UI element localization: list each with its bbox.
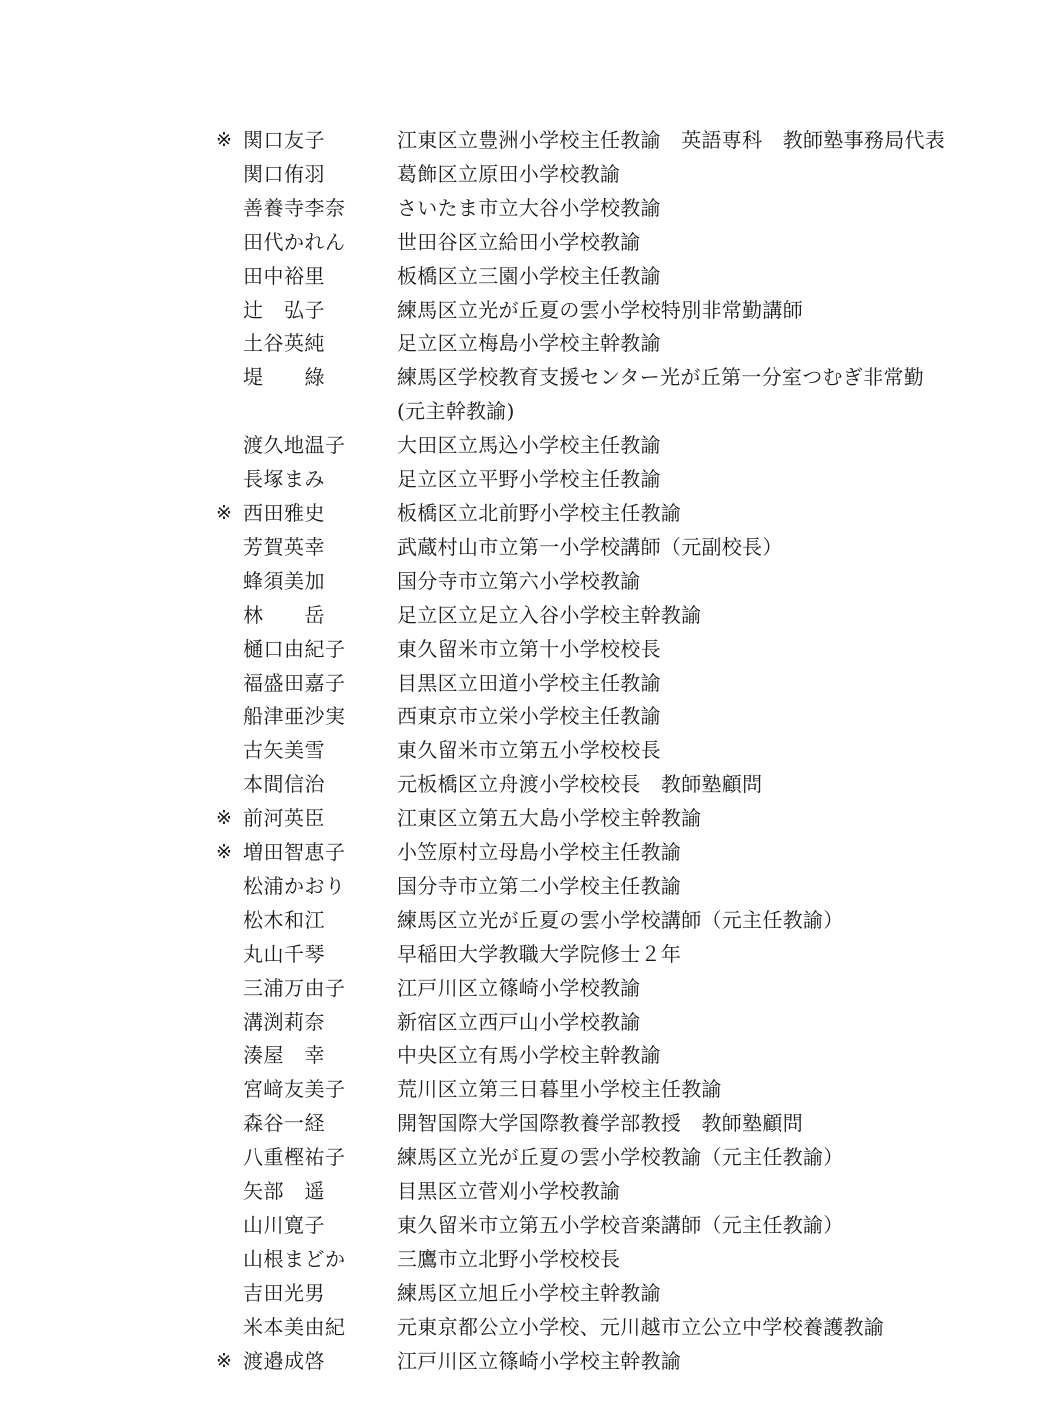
member-name: 関口侑羽 <box>243 158 397 192</box>
affiliation-line: 元板橋区立舟渡小学校校長 教師塾顧問 <box>397 768 1016 802</box>
member-affiliation: 目黒区立田道小学校主任教諭 <box>397 667 1016 701</box>
list-item: 船津亜沙実西東京市立栄小学校主任教諭 <box>216 700 1016 734</box>
member-affiliation: 板橋区立北前野小学校主任教諭 <box>397 497 1016 531</box>
member-affiliation: 国分寺市立第六小学校教諭 <box>397 565 1016 599</box>
member-name: 増田智恵子 <box>243 836 397 870</box>
member-name: 関口友子 <box>243 124 397 158</box>
member-name: 古矢美雪 <box>243 734 397 768</box>
list-item: 福盛田嘉子目黒区立田道小学校主任教諭 <box>216 667 1016 701</box>
member-affiliation: 目黒区立菅刈小学校教諭 <box>397 1175 1016 1209</box>
list-item: ※前河英臣江東区立第五大島小学校主幹教諭 <box>216 802 1016 836</box>
member-name: 米本美由紀 <box>243 1311 397 1345</box>
member-affiliation: 中央区立有馬小学校主幹教諭 <box>397 1039 1016 1073</box>
member-affiliation: 足立区立梅島小学校主幹教諭 <box>397 327 1016 361</box>
affiliation-line: 三鷹市立北野小学校校長 <box>397 1243 1016 1277</box>
affiliation-line: 新宿区立西戸山小学校教諭 <box>397 1006 1016 1040</box>
affiliation-line: 板橋区立三園小学校主任教諭 <box>397 260 1016 294</box>
list-item: 土谷英純足立区立梅島小学校主幹教諭 <box>216 327 1016 361</box>
member-affiliation: 足立区立足立入谷小学校主幹教諭 <box>397 599 1016 633</box>
affiliation-line: 世田谷区立給田小学校教諭 <box>397 226 1016 260</box>
member-name: 善養寺李奈 <box>243 192 397 226</box>
member-affiliation: 足立区立平野小学校主任教諭 <box>397 463 1016 497</box>
affiliation-line: 葛飾区立原田小学校教諭 <box>397 158 1016 192</box>
list-item: ※増田智恵子小笠原村立母島小学校主任教諭 <box>216 836 1016 870</box>
affiliation-line: 練馬区学校教育支援センター光が丘第一分室つむぎ非常勤 <box>397 361 1016 395</box>
member-name: 船津亜沙実 <box>243 700 397 734</box>
list-item: 米本美由紀元東京都公立小学校、元川越市立公立中学校養護教諭 <box>216 1311 1016 1345</box>
affiliation-line: 大田区立馬込小学校主任教諭 <box>397 429 1016 463</box>
member-affiliation: 板橋区立三園小学校主任教諭 <box>397 260 1016 294</box>
member-affiliation: 江東区立豊洲小学校主任教諭 英語専科 教師塾事務局代表 <box>397 124 1016 158</box>
member-affiliation: 江東区立第五大島小学校主幹教諭 <box>397 802 1016 836</box>
member-affiliation: 東久留米市立第十小学校校長 <box>397 633 1016 667</box>
member-affiliation: 小笠原村立母島小学校主任教諭 <box>397 836 1016 870</box>
list-item: 蜂須美加国分寺市立第六小学校教諭 <box>216 565 1016 599</box>
list-item: 善養寺李奈さいたま市立大谷小学校教諭 <box>216 192 1016 226</box>
affiliation-line: 東久留米市立第五小学校音楽講師（元主任教諭） <box>397 1209 1016 1243</box>
member-name: 辻 弘子 <box>243 294 397 328</box>
member-affiliation: 世田谷区立給田小学校教諭 <box>397 226 1016 260</box>
member-name: 芳賀英幸 <box>243 531 397 565</box>
affiliation-line: 練馬区立光が丘夏の雲小学校講師（元主任教諭） <box>397 904 1016 938</box>
affiliation-line: 西東京市立栄小学校主任教諭 <box>397 700 1016 734</box>
affiliation-line: 足立区立平野小学校主任教諭 <box>397 463 1016 497</box>
list-item: 矢部 遥目黒区立菅刈小学校教諭 <box>216 1175 1016 1209</box>
member-affiliation: 東久留米市立第五小学校音楽講師（元主任教諭） <box>397 1209 1016 1243</box>
member-name: 丸山千琴 <box>243 938 397 972</box>
reference-mark-icon: ※ <box>216 1345 243 1379</box>
affiliation-line: 開智国際大学国際教養学部教授 教師塾顧問 <box>397 1107 1016 1141</box>
member-affiliation: さいたま市立大谷小学校教諭 <box>397 192 1016 226</box>
affiliation-line: 早稲田大学教職大学院修士２年 <box>397 938 1016 972</box>
member-name: 森谷一経 <box>243 1107 397 1141</box>
reference-mark-icon: ※ <box>216 497 243 531</box>
list-item: 三浦万由子江戸川区立篠崎小学校教諭 <box>216 972 1016 1006</box>
affiliation-line: 江東区立第五大島小学校主幹教諭 <box>397 802 1016 836</box>
member-affiliation: 開智国際大学国際教養学部教授 教師塾顧問 <box>397 1107 1016 1141</box>
affiliation-line: 江戸川区立篠崎小学校教諭 <box>397 972 1016 1006</box>
list-item: ※西田雅史板橋区立北前野小学校主任教諭 <box>216 497 1016 531</box>
affiliation-line: 足立区立梅島小学校主幹教諭 <box>397 327 1016 361</box>
member-affiliation: 早稲田大学教職大学院修士２年 <box>397 938 1016 972</box>
list-item: 本間信治元板橋区立舟渡小学校校長 教師塾顧問 <box>216 768 1016 802</box>
member-name: 矢部 遥 <box>243 1175 397 1209</box>
affiliation-line: 練馬区立光が丘夏の雲小学校教諭（元主任教諭） <box>397 1141 1016 1175</box>
list-item: 田代かれん世田谷区立給田小学校教諭 <box>216 226 1016 260</box>
member-name: 本間信治 <box>243 768 397 802</box>
member-affiliation: 江戸川区立篠崎小学校主幹教諭 <box>397 1345 1016 1379</box>
member-list: ※関口友子江東区立豊洲小学校主任教諭 英語専科 教師塾事務局代表関口侑羽葛飾区立… <box>216 124 1016 1379</box>
affiliation-line: 小笠原村立母島小学校主任教諭 <box>397 836 1016 870</box>
affiliation-line: 練馬区立旭丘小学校主幹教諭 <box>397 1277 1016 1311</box>
affiliation-line: 板橋区立北前野小学校主任教諭 <box>397 497 1016 531</box>
affiliation-line: さいたま市立大谷小学校教諭 <box>397 192 1016 226</box>
affiliation-line: 武蔵村山市立第一小学校講師（元副校長） <box>397 531 1016 565</box>
affiliation-line: 練馬区立光が丘夏の雲小学校特別非常勤講師 <box>397 294 1016 328</box>
member-name: 山川寛子 <box>243 1209 397 1243</box>
reference-mark-icon: ※ <box>216 124 243 158</box>
member-name: 堤 綠 <box>243 361 397 395</box>
list-item: 松木和江練馬区立光が丘夏の雲小学校講師（元主任教諭） <box>216 904 1016 938</box>
member-affiliation: 江戸川区立篠崎小学校教諭 <box>397 972 1016 1006</box>
member-name: 宮﨑友美子 <box>243 1073 397 1107</box>
affiliation-line: 江東区立豊洲小学校主任教諭 英語専科 教師塾事務局代表 <box>397 124 1016 158</box>
list-item: 樋口由紀子東久留米市立第十小学校校長 <box>216 633 1016 667</box>
member-name: 山根まどか <box>243 1243 397 1277</box>
list-item: 田中裕里板橋区立三園小学校主任教諭 <box>216 260 1016 294</box>
member-name: 樋口由紀子 <box>243 633 397 667</box>
list-item: 林 岳足立区立足立入谷小学校主幹教諭 <box>216 599 1016 633</box>
member-name: 林 岳 <box>243 599 397 633</box>
member-name: 渡久地温子 <box>243 429 397 463</box>
member-affiliation: 練馬区学校教育支援センター光が丘第一分室つむぎ非常勤(元主幹教諭) <box>397 361 1016 429</box>
member-name: 湊屋 幸 <box>243 1039 397 1073</box>
affiliation-line: 国分寺市立第六小学校教諭 <box>397 565 1016 599</box>
list-item: ※渡邉成啓江戸川区立篠崎小学校主幹教諭 <box>216 1345 1016 1379</box>
reference-mark-icon: ※ <box>216 802 243 836</box>
member-affiliation: 練馬区立光が丘夏の雲小学校特別非常勤講師 <box>397 294 1016 328</box>
list-item: 松浦かおり国分寺市立第二小学校主任教諭 <box>216 870 1016 904</box>
member-name: 松木和江 <box>243 904 397 938</box>
member-affiliation: 元東京都公立小学校、元川越市立公立中学校養護教諭 <box>397 1311 1016 1345</box>
member-affiliation: 武蔵村山市立第一小学校講師（元副校長） <box>397 531 1016 565</box>
list-item: 吉田光男練馬区立旭丘小学校主幹教諭 <box>216 1277 1016 1311</box>
member-name: 西田雅史 <box>243 497 397 531</box>
affiliation-line: 江戸川区立篠崎小学校主幹教諭 <box>397 1345 1016 1379</box>
affiliation-line: 目黒区立菅刈小学校教諭 <box>397 1175 1016 1209</box>
member-name: 福盛田嘉子 <box>243 667 397 701</box>
list-item: 八重樫祐子練馬区立光が丘夏の雲小学校教諭（元主任教諭） <box>216 1141 1016 1175</box>
member-name: 溝渕莉奈 <box>243 1006 397 1040</box>
member-affiliation: 三鷹市立北野小学校校長 <box>397 1243 1016 1277</box>
reference-mark-icon: ※ <box>216 836 243 870</box>
member-name: 土谷英純 <box>243 327 397 361</box>
list-item: 森谷一経開智国際大学国際教養学部教授 教師塾顧問 <box>216 1107 1016 1141</box>
member-affiliation: 新宿区立西戸山小学校教諭 <box>397 1006 1016 1040</box>
member-name: 前河英臣 <box>243 802 397 836</box>
member-affiliation: 練馬区立光が丘夏の雲小学校教諭（元主任教諭） <box>397 1141 1016 1175</box>
list-item: 湊屋 幸中央区立有馬小学校主幹教諭 <box>216 1039 1016 1073</box>
member-affiliation: 東久留米市立第五小学校校長 <box>397 734 1016 768</box>
member-name: 田代かれん <box>243 226 397 260</box>
member-affiliation: 荒川区立第三日暮里小学校主任教諭 <box>397 1073 1016 1107</box>
affiliation-line: (元主幹教諭) <box>397 395 1016 429</box>
affiliation-line: 足立区立足立入谷小学校主幹教諭 <box>397 599 1016 633</box>
list-item: 丸山千琴早稲田大学教職大学院修士２年 <box>216 938 1016 972</box>
member-affiliation: 元板橋区立舟渡小学校校長 教師塾顧問 <box>397 768 1016 802</box>
list-item: 山根まどか三鷹市立北野小学校校長 <box>216 1243 1016 1277</box>
list-item: 辻 弘子練馬区立光が丘夏の雲小学校特別非常勤講師 <box>216 294 1016 328</box>
list-item: 長塚まみ足立区立平野小学校主任教諭 <box>216 463 1016 497</box>
member-affiliation: 西東京市立栄小学校主任教諭 <box>397 700 1016 734</box>
list-item: 渡久地温子大田区立馬込小学校主任教諭 <box>216 429 1016 463</box>
member-name: 渡邉成啓 <box>243 1345 397 1379</box>
member-name: 田中裕里 <box>243 260 397 294</box>
member-name: 三浦万由子 <box>243 972 397 1006</box>
affiliation-line: 元東京都公立小学校、元川越市立公立中学校養護教諭 <box>397 1311 1016 1345</box>
list-item: 宮﨑友美子荒川区立第三日暮里小学校主任教諭 <box>216 1073 1016 1107</box>
member-name: 松浦かおり <box>243 870 397 904</box>
member-name: 八重樫祐子 <box>243 1141 397 1175</box>
affiliation-line: 中央区立有馬小学校主幹教諭 <box>397 1039 1016 1073</box>
list-item: 山川寛子東久留米市立第五小学校音楽講師（元主任教諭） <box>216 1209 1016 1243</box>
list-item: 芳賀英幸武蔵村山市立第一小学校講師（元副校長） <box>216 531 1016 565</box>
member-affiliation: 葛飾区立原田小学校教諭 <box>397 158 1016 192</box>
affiliation-line: 国分寺市立第二小学校主任教諭 <box>397 870 1016 904</box>
member-affiliation: 国分寺市立第二小学校主任教諭 <box>397 870 1016 904</box>
member-name: 蜂須美加 <box>243 565 397 599</box>
list-item: ※関口友子江東区立豊洲小学校主任教諭 英語専科 教師塾事務局代表 <box>216 124 1016 158</box>
affiliation-line: 東久留米市立第十小学校校長 <box>397 633 1016 667</box>
member-affiliation: 大田区立馬込小学校主任教諭 <box>397 429 1016 463</box>
member-affiliation: 練馬区立旭丘小学校主幹教諭 <box>397 1277 1016 1311</box>
list-item: 溝渕莉奈新宿区立西戸山小学校教諭 <box>216 1006 1016 1040</box>
affiliation-line: 目黒区立田道小学校主任教諭 <box>397 667 1016 701</box>
affiliation-line: 荒川区立第三日暮里小学校主任教諭 <box>397 1073 1016 1107</box>
list-item: 堤 綠練馬区学校教育支援センター光が丘第一分室つむぎ非常勤(元主幹教諭) <box>216 361 1016 429</box>
list-item: 関口侑羽葛飾区立原田小学校教諭 <box>216 158 1016 192</box>
affiliation-line: 東久留米市立第五小学校校長 <box>397 734 1016 768</box>
member-name: 吉田光男 <box>243 1277 397 1311</box>
member-name: 長塚まみ <box>243 463 397 497</box>
list-item: 古矢美雪東久留米市立第五小学校校長 <box>216 734 1016 768</box>
member-affiliation: 練馬区立光が丘夏の雲小学校講師（元主任教諭） <box>397 904 1016 938</box>
